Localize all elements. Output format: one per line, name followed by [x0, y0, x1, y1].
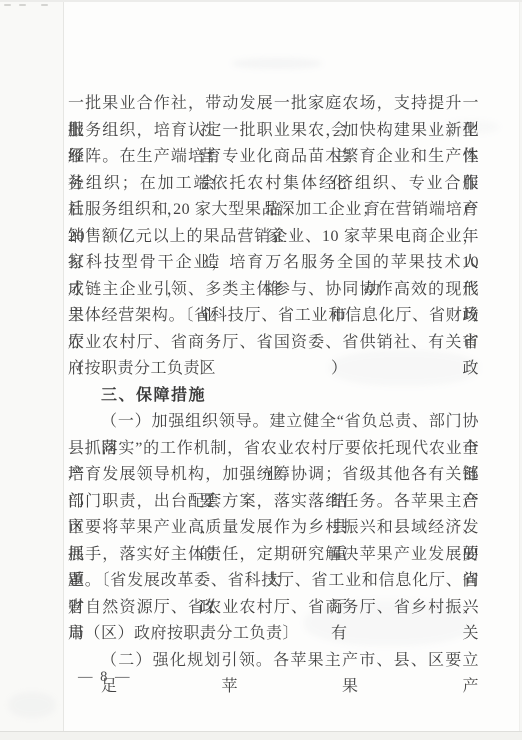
text-line: （一）加强组织领导。建立健全“省负总责、部门协同、市	[68, 409, 479, 436]
text-line: 后服务组织和 20 家大型果品深加工企业；在营销端培育 20 家年	[68, 197, 479, 224]
text-line: 区要将苹果产业高质量发展作为乡村振兴和县域经济发展的重要	[68, 515, 479, 542]
text-line: 抓手，落实好主体责任，定期研究解决苹果产业发展的重大问	[68, 542, 479, 569]
scan-artifact-dash	[19, 4, 26, 6]
page-number: — 8 —	[78, 669, 132, 686]
text-line: 题。〔省发展改革委、省科技厅、省工业和信息化厅、省财政厅、	[68, 568, 479, 595]
scan-artifact-dash	[4, 4, 11, 6]
scan-left-margin	[0, 2, 63, 731]
text-line: 雁阵。在生产端培育专业化商品苗木繁育企业和生产性社会化服	[68, 144, 479, 171]
text-line: 培育发展领导机构，加强统筹协调；省级其他各有关部门要结合	[68, 462, 479, 489]
text-line: 农业农村厅、省商务厅、省国资委、省供销社、有关市（区）政	[68, 330, 479, 357]
scan-artifact-dash	[41, 4, 48, 6]
document-text: 一批果业合作社，带动发展一批家庭农场，支持提升一批社会化服务组织，培育认定一批职…	[68, 91, 479, 674]
text-line: 销售额亿元以上的果品营销企业、10 家苹果电商企业，打造 10	[68, 224, 479, 251]
bleedthrough-artifact	[232, 58, 322, 69]
scan-bottom-edge	[0, 731, 522, 740]
text-line: 务组织；在加工端依托农村集体经济组织、专业合作社，培育产	[68, 171, 479, 198]
text-line: 服务组织，培育认定一批职业果农，加快构建果业新型经营主体	[68, 118, 479, 145]
text-line: 部门职责，出台配套方案，落实落细任务。各苹果主产市、县、	[68, 489, 479, 516]
text-line: 成链主企业引领、多类主体参与、协同协作高效的现代果业市场	[68, 277, 479, 304]
bleedthrough-artifact	[8, 692, 56, 718]
text-line: 家科技型骨干企业，培育万名服务全国的苹果技术人才，推动形	[68, 250, 479, 277]
text-line: 县抓落实”的工作机制，省农业农村厅要依托现代农业全产业链	[68, 436, 479, 463]
section-heading: 三、保障措施	[68, 383, 479, 410]
text-line: 省自然资源厅、省农业农村厅、省商务厅、省乡村振兴局、有关	[68, 595, 479, 622]
text-line: 主体经营架构。〔省科技厅、省工业和信息化厅、省财政厅、省	[68, 303, 479, 330]
scanned-page: 一批果业合作社，带动发展一批家庭农场，支持提升一批社会化服务组织，培育认定一批职…	[0, 0, 522, 740]
text-line: 一批果业合作社，带动发展一批家庭农场，支持提升一批社会化	[68, 91, 479, 118]
